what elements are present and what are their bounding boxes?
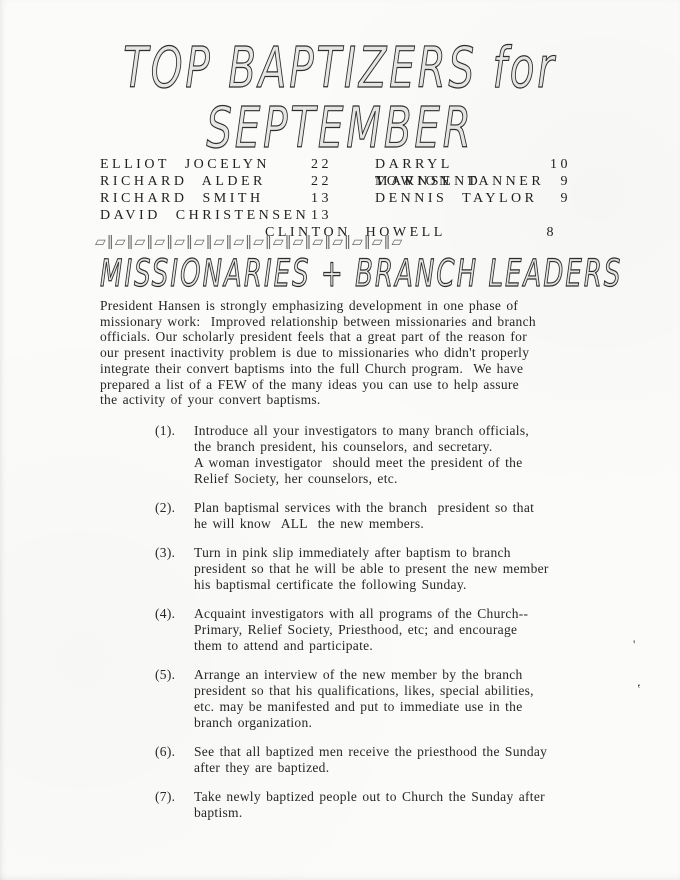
list-item-number: (2). [155, 500, 194, 532]
list-item: (3). Turn in pink slip immediately after… [155, 545, 605, 593]
table-row: DAVID CHRISTENSEN 13 [100, 207, 332, 224]
baptizer-name: ELLIOT JOCELYN [100, 156, 270, 173]
list-item-text: Turn in pink slip immediately after bapt… [194, 545, 605, 593]
baptizer-score: 9 [561, 173, 572, 190]
baptizer-score: 13 [311, 207, 332, 224]
list-item-text: Take newly baptized people out to Church… [194, 789, 605, 821]
table-row: RICHARD SMITH 13 [100, 190, 332, 207]
numbered-list: (1). Introduce all your investigators to… [155, 423, 605, 834]
list-item-number: (6). [155, 744, 194, 776]
scan-speck-artifact: ' [633, 637, 635, 653]
list-item-number: (3). [155, 545, 194, 593]
baptizer-score: 13 [311, 190, 332, 207]
list-item-number: (4). [155, 606, 194, 654]
baptizer-score: 10 [550, 156, 571, 173]
list-item-number: (7). [155, 789, 194, 821]
scan-speck-artifact: ‛ [634, 681, 642, 698]
scanned-newsletter-page: TOP BAPTIZERS for SEPTEMBER ELLIOT JOCEL… [0, 0, 680, 880]
page-title-line1: TOP BAPTIZERS for [95, 36, 585, 101]
list-item: (4). Acquaint investigators with all pro… [155, 606, 605, 654]
list-item-text: See that all baptized men receive the pr… [194, 744, 605, 776]
list-item-text: Arrange an interview of the new member b… [194, 667, 605, 731]
intro-paragraph: President Hansen is strongly emphasizing… [100, 298, 592, 408]
list-item-text: Plan baptismal services with the branch … [194, 500, 605, 532]
ornament-divider: ▱‖▱‖▱‖▱‖▱‖▱‖▱‖▱‖▱‖▱‖▱‖▱‖▱‖▱‖▱‖▱ [95, 235, 585, 249]
list-item: (7). Take newly baptized people out to C… [155, 789, 605, 821]
section-heading: MISSIONARIES + BRANCH LEADERS [100, 252, 622, 295]
list-item-number: (5). [155, 667, 194, 731]
table-row: DARRYL TOWNSEND 10 [375, 156, 571, 173]
table-row: RICHARD ALDER 22 [100, 173, 332, 190]
list-item: (5). Arrange an interview of the new mem… [155, 667, 605, 731]
list-item: (2). Plan baptismal services with the br… [155, 500, 605, 532]
baptizer-name: RICHARD ALDER [100, 173, 266, 190]
baptizer-score: 9 [561, 190, 572, 207]
baptizer-name: MARION TANNER [375, 173, 544, 190]
table-row: ELLIOT JOCELYN 22 [100, 156, 332, 173]
list-item: (6). See that all baptized men receive t… [155, 744, 605, 776]
list-item-number: (1). [155, 423, 194, 487]
baptizer-name: DENNIS TAYLOR [375, 190, 537, 207]
baptizer-list-right-column: DARRYL TOWNSEND 10 MARION TANNER 9 DENNI… [375, 156, 571, 207]
baptizer-score: 22 [311, 173, 332, 190]
table-row: DENNIS TAYLOR 9 [375, 190, 571, 207]
page-title-line2: SEPTEMBER [95, 96, 585, 161]
table-row: MARION TANNER 9 [375, 173, 571, 190]
baptizer-list-left-column: ELLIOT JOCELYN 22 RICHARD ALDER 22 RICHA… [100, 156, 332, 224]
baptizer-name: RICHARD SMITH [100, 190, 264, 207]
baptizer-name: DAVID CHRISTENSEN [100, 207, 309, 224]
baptizer-name: DARRYL TOWNSEND [375, 156, 550, 173]
list-item-text: Introduce all your investigators to many… [194, 423, 605, 487]
list-item-text: Acquaint investigators with all programs… [194, 606, 605, 654]
baptizer-score: 22 [311, 156, 332, 173]
list-item: (1). Introduce all your investigators to… [155, 423, 605, 487]
